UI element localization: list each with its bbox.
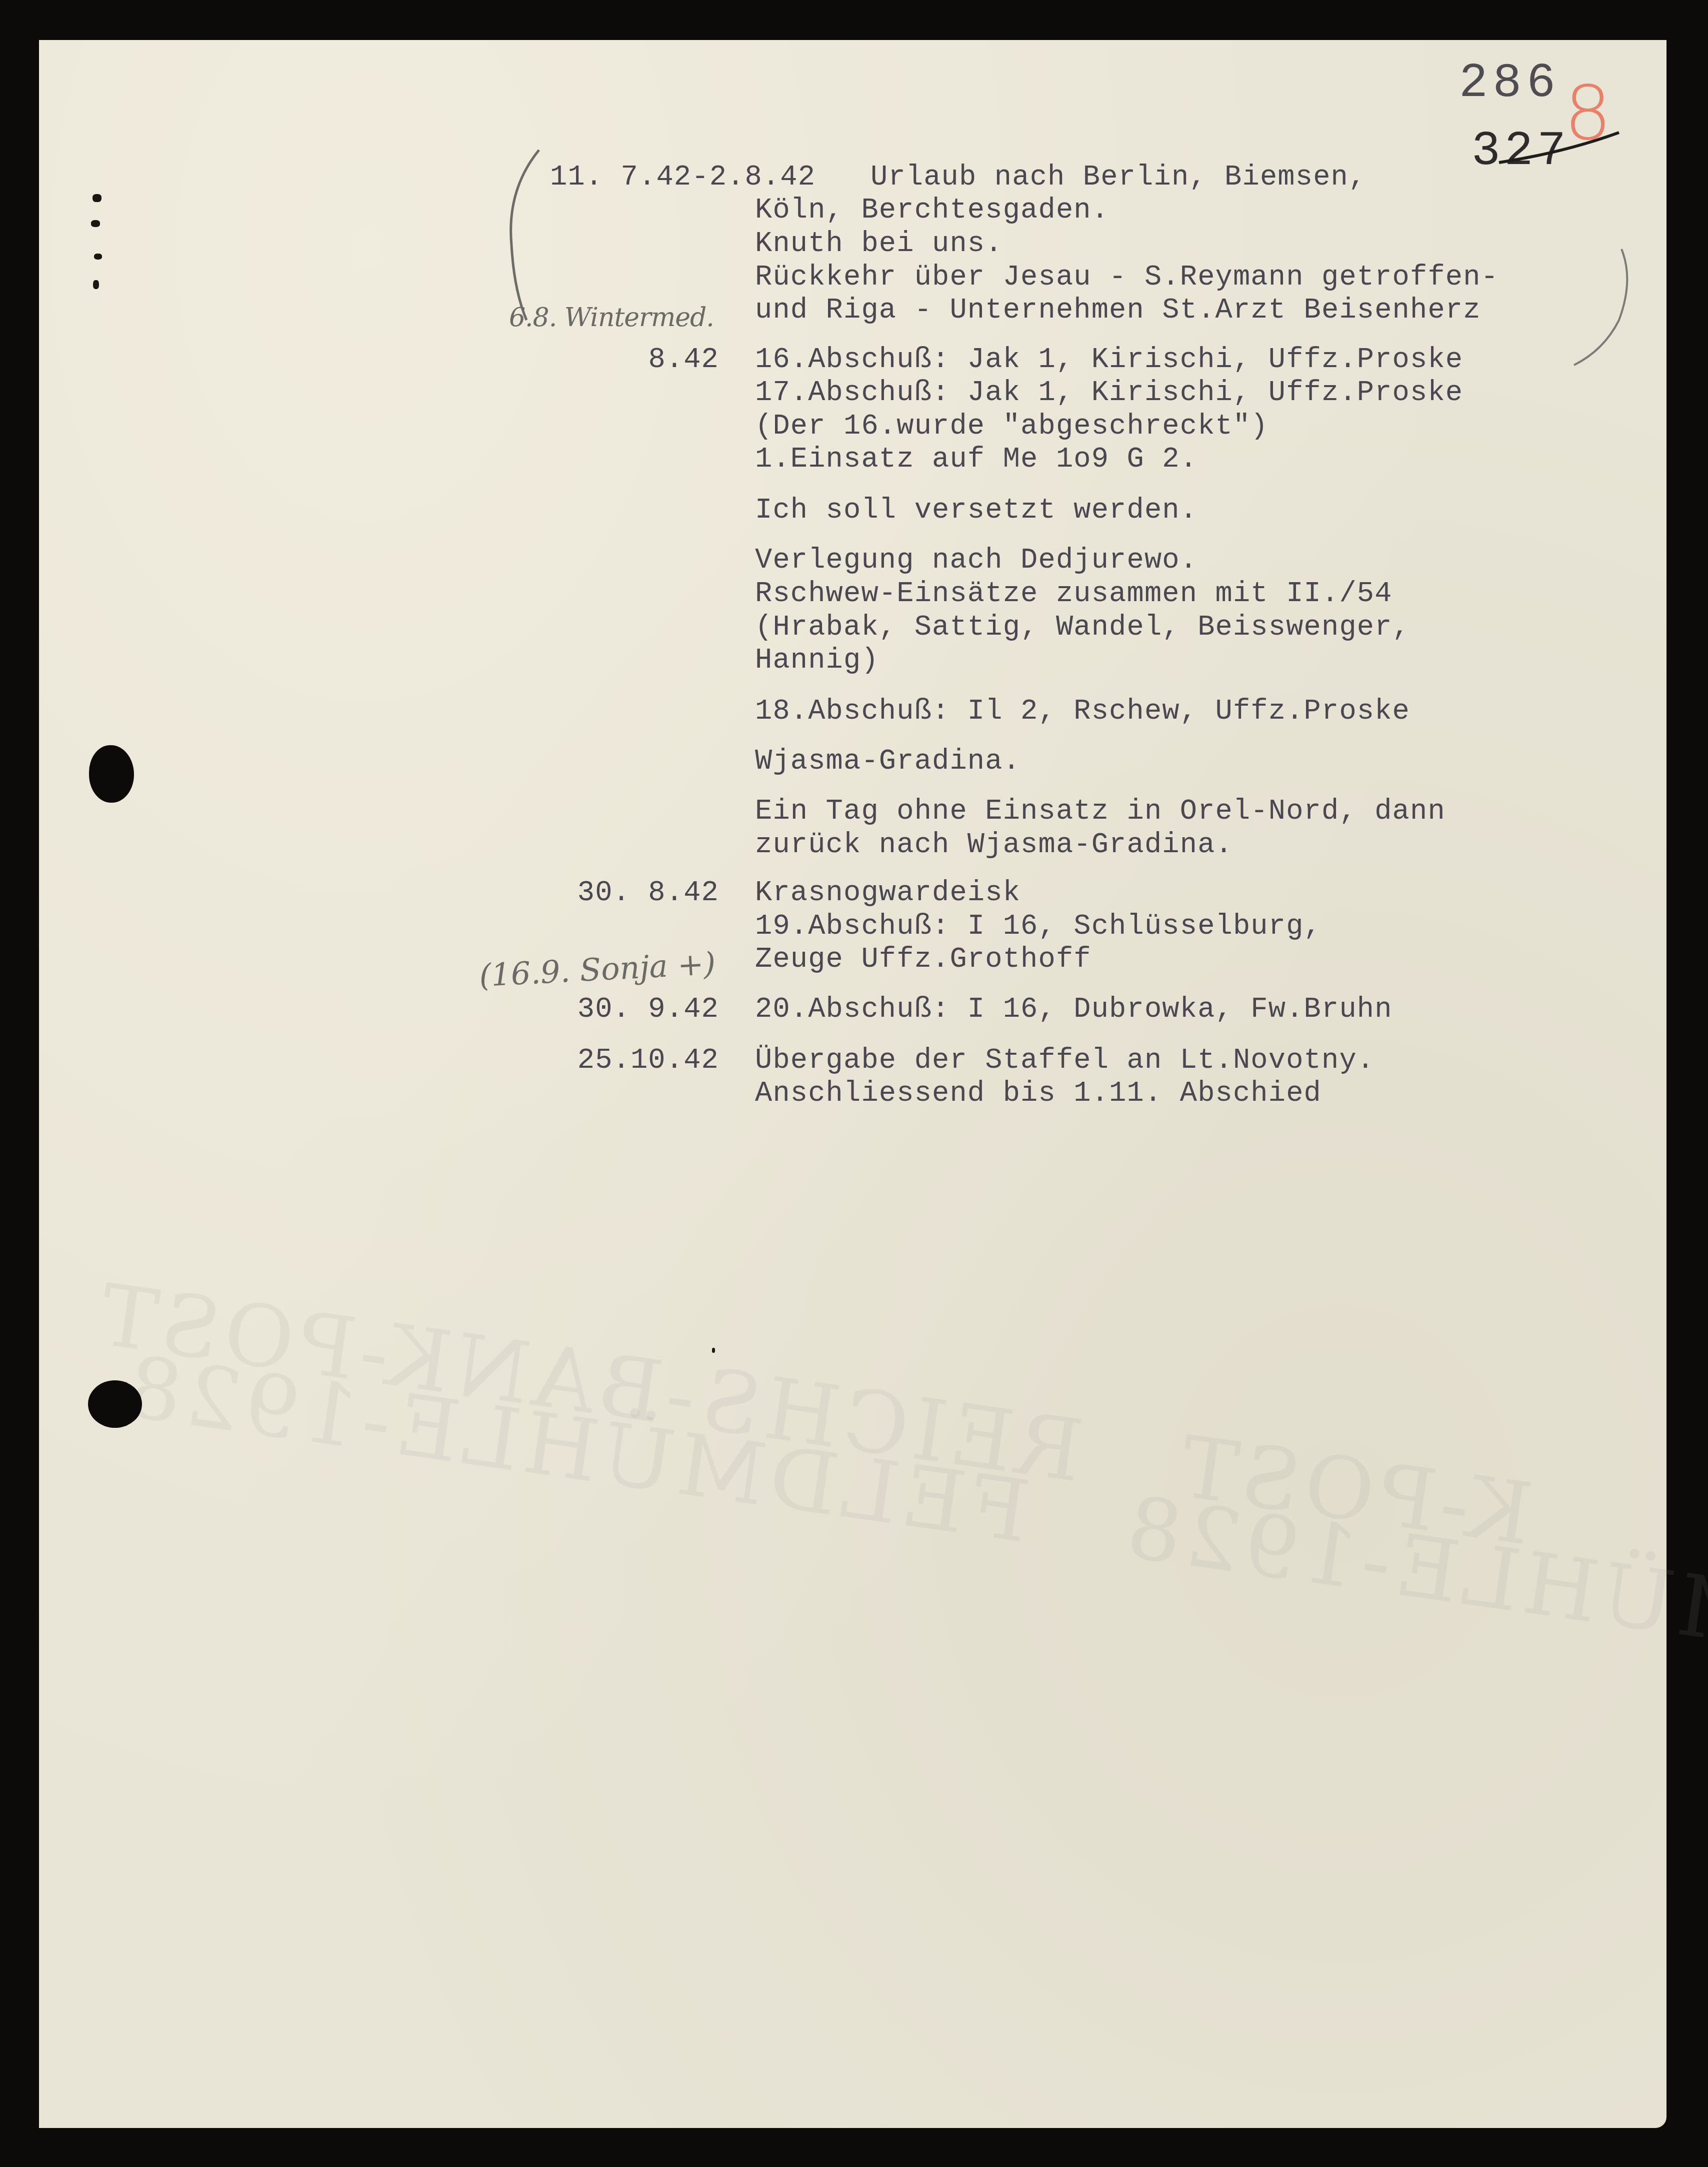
entry-line: 20.Abschuß: I 16, Dubrowka, Fw.Bruhn: [755, 993, 1392, 1026]
staple-mark: [92, 194, 101, 202]
old-page-number-struck: 327: [1471, 124, 1570, 179]
left-bracket-mark: [511, 150, 539, 320]
handwritten-note-sonja: (16.9. Sonja +): [478, 945, 716, 994]
entry-line: 1.Einsatz auf Me 1o9 G 2.: [755, 443, 1197, 476]
punch-hole-lower: [88, 1380, 142, 1428]
entry-date: 11. 7.42-2.8.42: [539, 161, 870, 194]
entry-line: 18.Abschuß: Il 2, Rschew, Uffz.Proske: [755, 695, 1410, 728]
entry-line: Rückkehr über Jesau - S.Reymann getroffe…: [755, 261, 1498, 294]
right-bracket-mark: [1574, 249, 1627, 365]
entry-date: 30. 9.42: [509, 993, 719, 1026]
staple-mark: [93, 280, 99, 289]
handwritten-note-winter-medal: 6.8. Wintermed.: [509, 303, 714, 333]
entry-line: (Der 16.wurde "abgeschreckt"): [755, 410, 1268, 443]
page-number: 286: [1459, 56, 1560, 111]
entry-line: 19.Abschuß: I 16, Schlüsselburg,: [755, 910, 1321, 943]
red-folio-number: 8: [1564, 70, 1611, 157]
staple-mark: [91, 220, 100, 227]
entry-line: Anschliessend bis 1.11. Abschied: [755, 1077, 1321, 1110]
entry-line: Übergabe der Staffel an Lt.Novotny.: [755, 1044, 1374, 1077]
entry-line: Wjasma-Gradina.: [755, 745, 1020, 778]
entry-line: (Hrabak, Sattig, Wandel, Beisswenger,: [755, 611, 1410, 644]
punch-hole-upper: [89, 745, 134, 803]
entry-date: 25.10.42: [509, 1044, 719, 1077]
document-page: K-POST REICHS-BANK-POST FELDMÜHLE-1928 F…: [39, 40, 1666, 2128]
ink-speck: [712, 1348, 715, 1353]
entry-line: Verlegung nach Dedjurewo.: [755, 544, 1197, 577]
entry-line: Zeuge Uffz.Grothoff: [755, 943, 1091, 976]
entry-date: 8.42: [509, 344, 719, 377]
entry-line: 17.Abschuß: Jak 1, Kirischi, Uffz.Proske: [755, 377, 1463, 410]
entry-line: 16.Abschuß: Jak 1, Kirischi, Uffz.Proske: [755, 344, 1463, 377]
staple-mark: [94, 254, 102, 260]
entry-line: Ein Tag ohne Einsatz in Orel-Nord, dann: [755, 795, 1445, 828]
entry-line: zurück nach Wjasma-Gradina.: [755, 829, 1233, 862]
entry-line: Urlaub nach Berlin, Biemsen,: [870, 161, 1366, 194]
entry-date: 30. 8.42: [509, 877, 719, 910]
entry-line: und Riga - Unternehmen St.Arzt Beisenher…: [755, 294, 1481, 327]
entry-line: Krasnogwardeisk: [755, 877, 1020, 910]
entry-line: Ich soll versetzt werden.: [755, 494, 1197, 527]
entry-line: Hannig): [755, 644, 879, 677]
entry-line: Rschwew-Einsätze zusammen mit II./54: [755, 578, 1392, 611]
entry-line: Köln, Berchtesgaden.: [755, 194, 1109, 227]
entry-line: Knuth bei uns.: [755, 228, 1003, 261]
